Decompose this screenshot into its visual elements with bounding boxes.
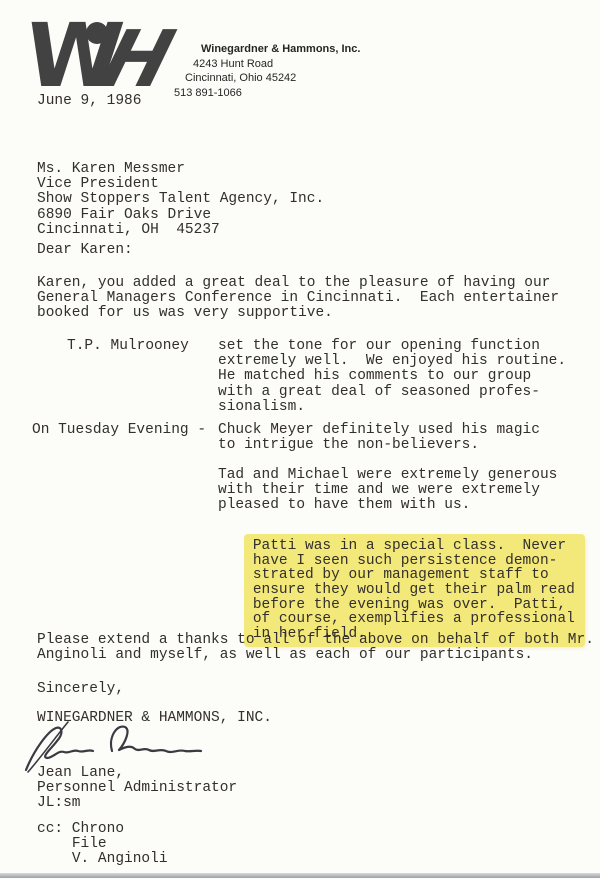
- company-logo-wh-monogram: WH: [26, 12, 186, 104]
- closing-paragraph: Please extend a thanks to all of the abo…: [37, 633, 594, 663]
- company-street: 4243 Hunt Road: [193, 57, 360, 72]
- recipient-address: Ms. Karen Messmer Vice President Show St…: [37, 162, 324, 238]
- logo-dot-icon: [86, 22, 108, 44]
- highlighted-paragraph-patti: Patti was in a special class. Never have…: [246, 536, 583, 645]
- signer-name-title-initials: Jean Lane, Personnel Administrator JL:sm: [37, 766, 237, 812]
- tuesday-evening-label: On Tuesday Evening -: [32, 423, 206, 438]
- date-line: June 9, 1986: [37, 94, 141, 109]
- cc-list: cc: Chrono File V. Anginoli: [37, 822, 168, 868]
- entertainer-note-tad-michael: Tad and Michael were extremely generous …: [218, 468, 557, 514]
- company-phone: 513 891-1066: [174, 86, 360, 101]
- letterhead-address-block: Winegardner & Hammons, Inc. 4243 Hunt Ro…: [174, 42, 360, 100]
- company-name: Winegardner & Hammons, Inc.: [201, 42, 360, 57]
- scan-bottom-edge: [0, 873, 600, 878]
- intro-paragraph: Karen, you added a great deal to the ple…: [37, 276, 559, 322]
- entertainer-note-chuck-meyer: Chuck Meyer definitely used his magic to…: [218, 423, 540, 453]
- entertainer-label-mulrooney: T.P. Mulrooney: [67, 339, 189, 354]
- company-city: Cincinnati, Ohio 45242: [185, 71, 360, 86]
- closing-sincerely: Sincerely,: [37, 682, 124, 697]
- salutation: Dear Karen:: [37, 243, 133, 258]
- entertainer-note-mulrooney: set the tone for our opening function ex…: [218, 339, 566, 415]
- letter-page: WH Winegardner & Hammons, Inc. 4243 Hunt…: [0, 0, 600, 878]
